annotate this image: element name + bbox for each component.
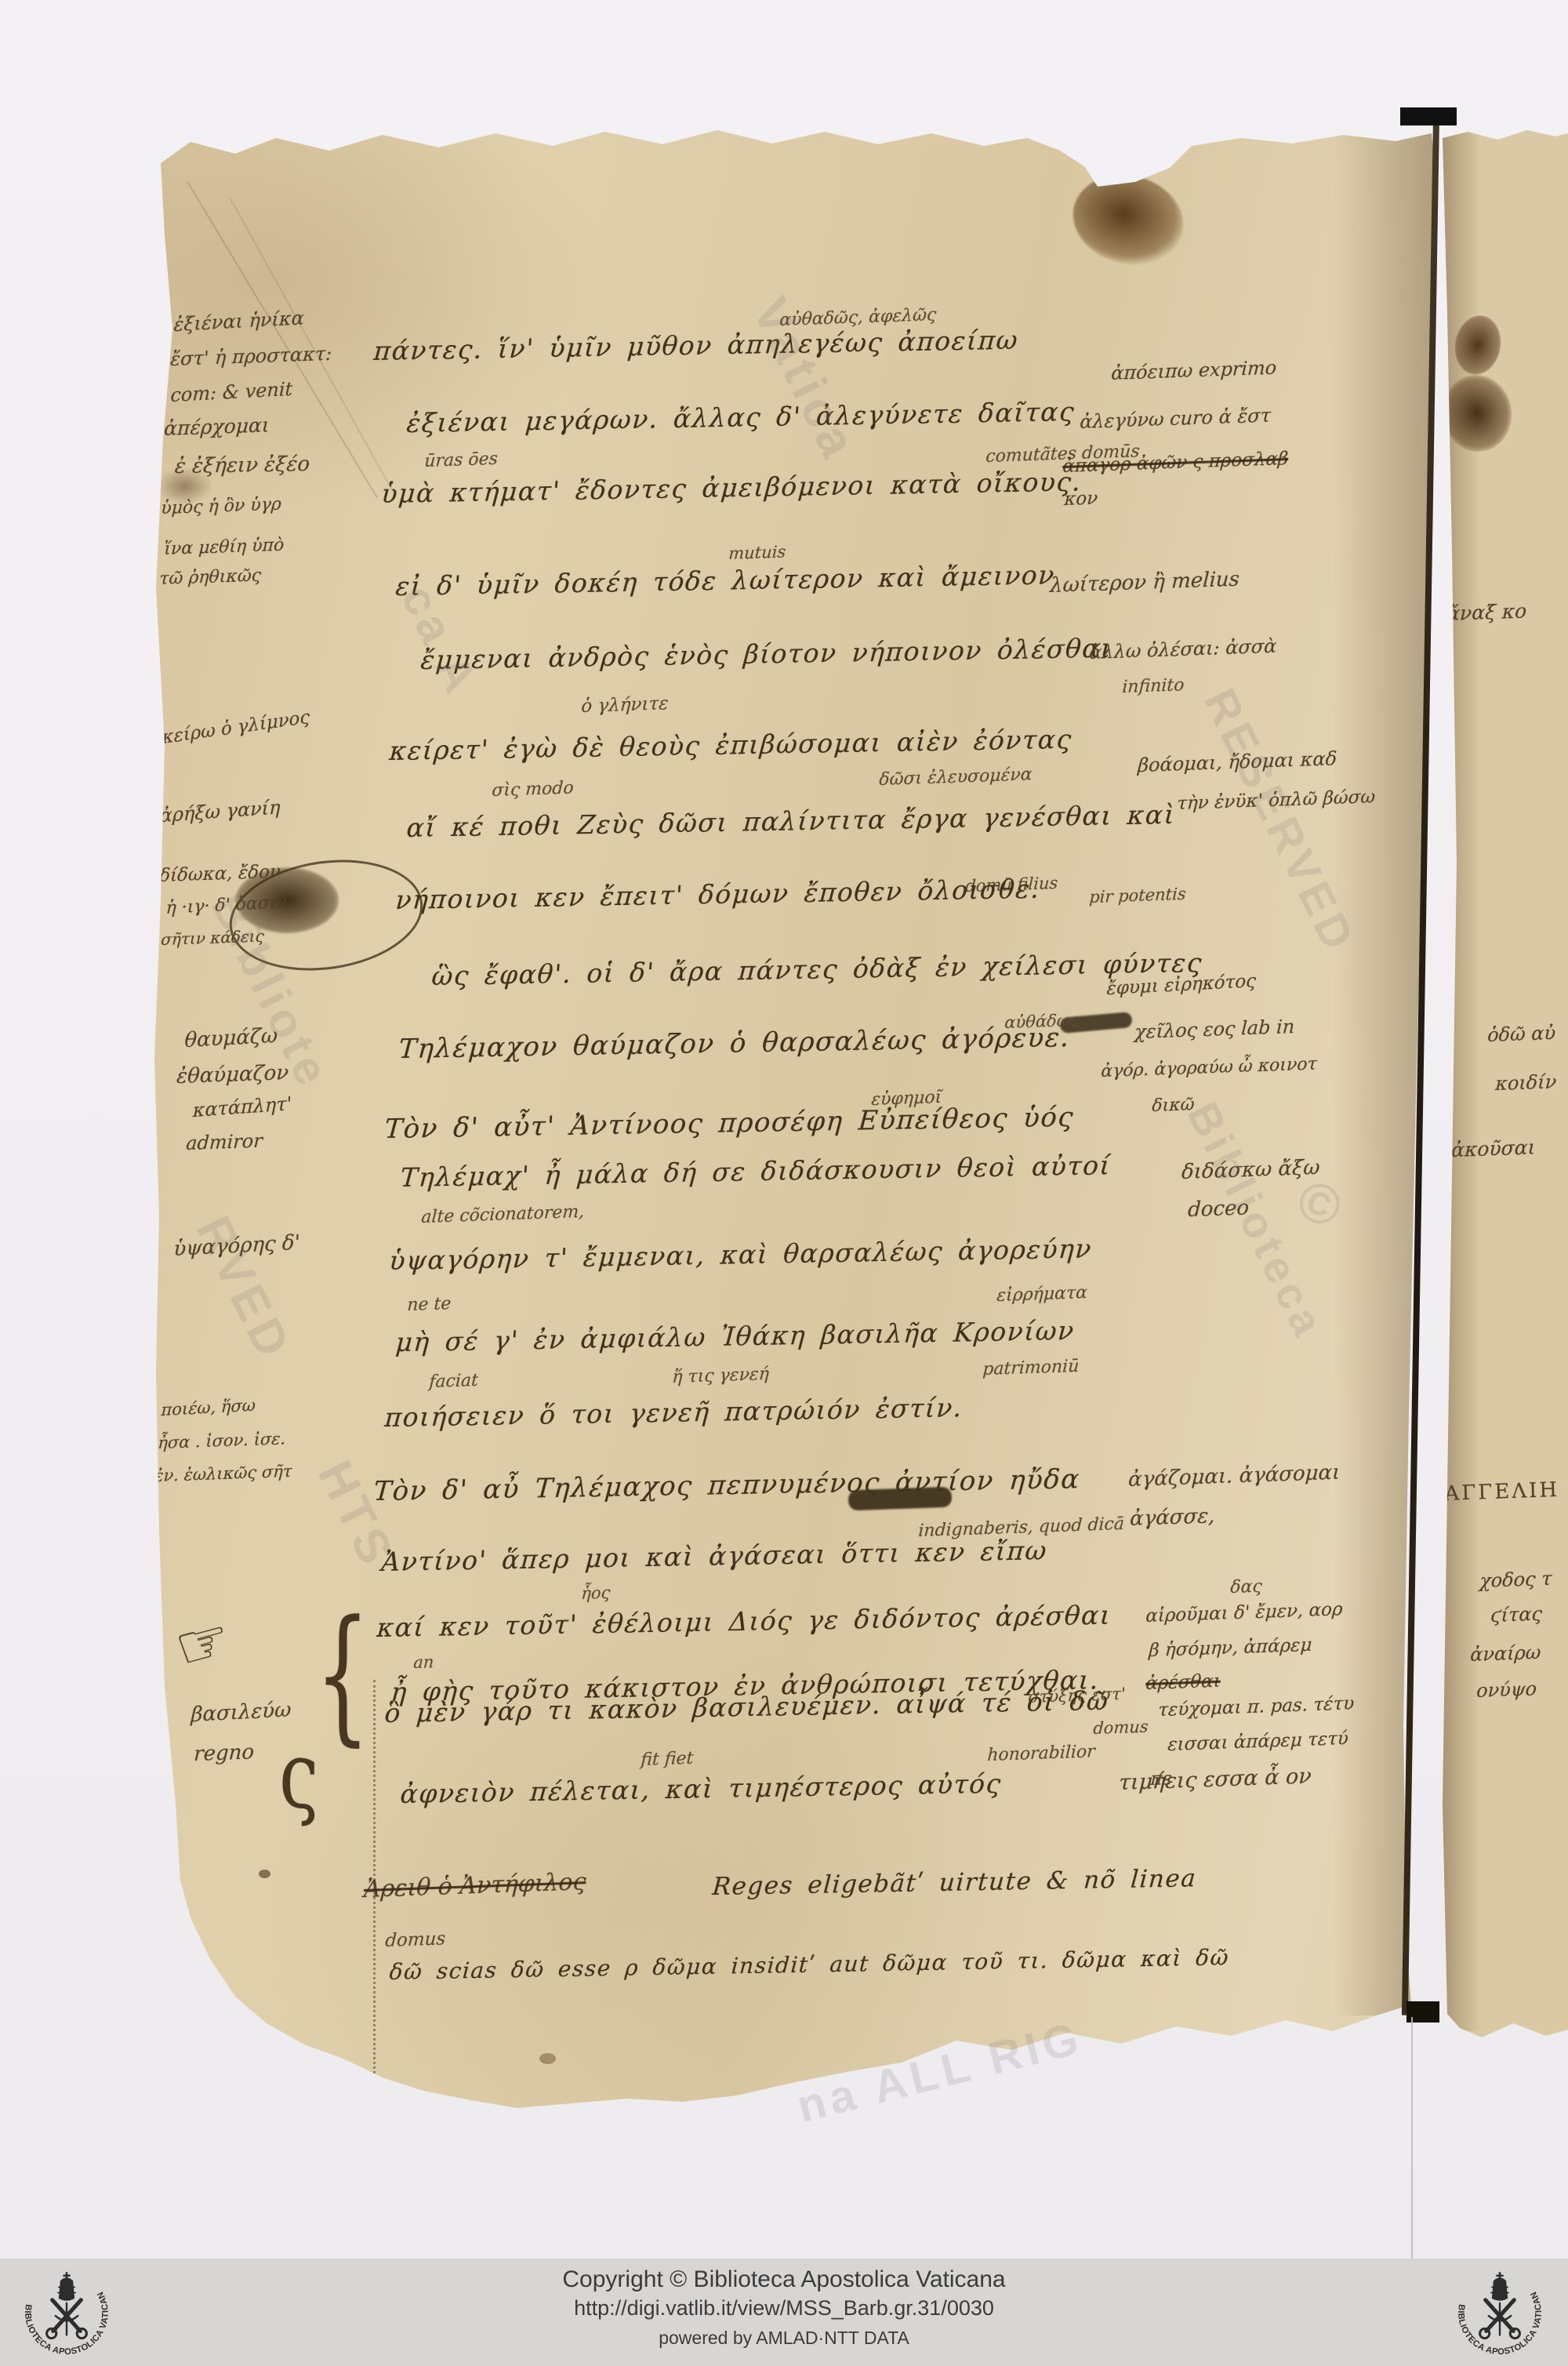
manuscript-line: εἰ δ' ὑμῖν δοκέη τόδε λωίτερον καὶ ἄμειν… — [394, 559, 1056, 601]
marginal-gloss: ὁ γλήνιτε — [581, 693, 670, 717]
marginal-gloss: σὶς modo — [492, 778, 575, 801]
tiara-and-keys-icon — [47, 2273, 87, 2338]
svg-text:BIBLIOTECA APOSTOLICA VATICANA: BIBLIOTECA APOSTOLICA VATICANA — [1452, 2263, 1544, 2357]
footer-powered-by: powered by AMLAD·NTT DATA — [0, 2328, 1568, 2349]
marginal-gloss: ϛίτας — [1490, 1603, 1543, 1626]
tiara-and-keys-icon — [1480, 2273, 1520, 2338]
manuscript-line: μὴ σέ γ' ἐν ἀμφιάλω Ἰθάκη βασιλῆα Κρονίω… — [394, 1315, 1076, 1357]
footer-url: http://digi.vatlib.it/view/MSS_Barb.gr.3… — [0, 2296, 1568, 2321]
marginal-gloss: κοιδίν — [1495, 1070, 1557, 1095]
marginal-gloss: ἄναξ κο — [1446, 599, 1527, 625]
marginal-gloss: ne te — [407, 1294, 452, 1315]
marginal-gloss: ἐ ἐξήειν ἐξέο — [174, 452, 310, 478]
marginal-gloss: κατάπλητ' — [193, 1092, 292, 1121]
marginal-gloss: ἥ τις γενεή — [672, 1365, 770, 1387]
marginal-gloss: λωίτερον ἢ melius — [1049, 568, 1240, 598]
marginal-gloss: ūras ōes — [424, 449, 499, 471]
ink-stain — [1064, 163, 1193, 275]
marginal-gloss: ἐξιέναι ἡνίκα — [173, 307, 304, 336]
marginal-gloss: Ἀρειθ ὁ Ἀντήφιλος — [363, 1868, 586, 1903]
marginal-gloss: ἀρέσθαι — [1145, 1671, 1221, 1694]
marginal-gloss: domus — [385, 1928, 446, 1951]
marginal-gloss: δας — [1230, 1577, 1263, 1597]
manuscript-line: Τηλέμαχον θαύμαζον ὁ θαρσαλέως ἀγόρευε. — [397, 1022, 1071, 1065]
marginal-gloss: ἀρήξω γανίη — [160, 796, 281, 827]
marginal-gloss: ἀκοῦσαι — [1450, 1136, 1536, 1161]
marginal-gloss: τιμήεις εσσα ἆ ον — [1118, 1764, 1312, 1795]
marginal-gloss: ἐν. ἑωλικῶς σῆτ — [154, 1462, 292, 1485]
marginal-gloss: ἵνα μεθίη ὑπὸ — [164, 536, 285, 559]
margin-brace: { — [315, 1589, 370, 1760]
marginal-gloss: ἦσα . ἰσον. ἰσε. — [158, 1429, 286, 1452]
marginal-gloss: faciat — [429, 1371, 479, 1392]
marginal-gloss: ἀπόειπω exprimo — [1111, 357, 1277, 384]
marginal-gloss: mutuis — [728, 542, 786, 563]
margin-brace: ς — [279, 1722, 318, 1830]
footer-bar: Copyright © Biblioteca Apostolica Vatica… — [0, 2259, 1568, 2366]
marginal-gloss: com: & venit — [170, 378, 293, 406]
marginal-gloss: δῶσι ἐλευσομένα — [879, 765, 1033, 790]
marginal-gloss: ἔστ' ἡ προστακτ: — [170, 343, 332, 370]
svg-text:BIBLIOTECA APOSTOLICA VATICANA: BIBLIOTECA APOSTOLICA VATICANA — [19, 2263, 111, 2357]
marginal-gloss: ΑΓΓΕΛΙΗ — [1444, 1478, 1560, 1506]
manuscript-line: ἀφνειὸν πέλεται, καὶ τιμηέστερος αὐτός — [399, 1768, 1003, 1809]
marginal-gloss: regno — [193, 1740, 254, 1766]
marginal-gloss: ὁδῶ αὐ — [1487, 1022, 1556, 1046]
scan-viewport: ἐξιέναι ἡνίκαἔστ' ἡ προστακτ:com: & veni… — [0, 0, 1568, 2366]
vatican-library-seal-left: BIBLIOTECA APOSTOLICA VATICANA — [19, 2263, 114, 2359]
marginal-gloss: ονύψο — [1476, 1677, 1537, 1702]
marginal-gloss: χοδος τ — [1479, 1568, 1553, 1592]
vatican-library-seal-right: BIBLIOTECA APOSTOLICA VATICANA — [1452, 2263, 1548, 2359]
marginal-gloss: ποιέω, ἥσω — [161, 1396, 256, 1419]
marginal-gloss: τεύχομαι π. pas. τέτυ — [1158, 1693, 1355, 1721]
manuscript-line: ἔμμεναι ἀνδρὸς ἑνὸς βίοτον νήποινον ὀλέσ… — [419, 633, 1113, 675]
marginal-gloss: εἰρρήματα — [996, 1283, 1088, 1306]
marginal-gloss: τῶ ῥηθικῶς — [159, 565, 262, 589]
marginal-gloss: χεῖλος εος lab in — [1134, 1016, 1295, 1043]
manuscript-line: νήποινοι κεν ἔπειτ' δόμων ἔποθεν ὄλοισθε… — [394, 874, 1041, 915]
manuscript-line: Τηλέμαχ' ἦ μάλα δή σε διδάσκουσιν θεοὶ α… — [399, 1150, 1112, 1193]
marginal-gloss: domus — [1093, 1717, 1149, 1739]
fold-crease — [187, 181, 378, 498]
marginal-gloss: ἀπέρχομαι — [163, 413, 270, 440]
marginal-gloss: δίδωκα, ἔδον — [159, 862, 281, 886]
marginal-gloss: ὑμὸς ἡ ὂν ὑγρ — [161, 495, 282, 518]
marginal-gloss: admiror — [186, 1130, 263, 1154]
marginal-gloss: κείρω ὁ γλίμνος — [162, 707, 310, 749]
marginal-gloss: honorabilior — [987, 1742, 1096, 1765]
marginal-gloss: pir potentis — [1089, 885, 1186, 907]
manuscript-line: κείρετ' ἐγὼ δὲ θεοὺς ἐπιβώσομαι αἰὲν ἐόν… — [388, 724, 1073, 766]
manuscript-line: πάντες. ἵν' ὑμῖν μῦθον ἀπηλεγέως ἀποείπω — [372, 325, 1019, 366]
scan-seam-line — [1411, 2017, 1413, 2260]
marginal-gloss: ἐθαύμαζον — [176, 1061, 289, 1089]
marginal-gloss: patrimoniū — [982, 1357, 1080, 1379]
marginal-gloss: αἱροῦμαι δ' ἔμεν, αορ — [1145, 1599, 1344, 1626]
manuscript-line: ὣς ἔφαθ'. οἱ δ' ἄρα πάντες ὀδὰξ ἐν χείλε… — [430, 947, 1203, 991]
marginal-gloss: infinito — [1122, 675, 1185, 697]
marginal-gloss: ἧος — [581, 1583, 611, 1603]
marginal-gloss: alte cõcionatorem, — [421, 1202, 585, 1227]
manuscript-line: καί κεν τοῦτ' ἐθέλοιμι Διός γε διδόντος … — [376, 1600, 1112, 1643]
manicule-drawing: ☞ — [168, 1603, 239, 1685]
marginal-gloss: ἀλεγύνω curo ἀ ἔστ — [1080, 404, 1272, 433]
spot — [259, 1870, 270, 1878]
manuscript-line: Τὸν δ' αὖ Τηλέμαχος πεπνυμένος ἀντίον ηὔ… — [372, 1463, 1081, 1507]
marginal-gloss: βασιλεύω — [191, 1698, 292, 1727]
binding-tab — [1400, 107, 1457, 125]
footer-copyright: Copyright © Biblioteca Apostolica Vatica… — [0, 2266, 1568, 2293]
manuscript-line: ὑψαγόρην τ' ἔμμεναι, καὶ θαρσαλέως ἀγορε… — [388, 1233, 1093, 1276]
manuscript-line: Ἀντίνο' ἅπερ μοι καὶ ἀγάσεαι ὅττι κεν εἴ… — [380, 1535, 1048, 1577]
marginal-gloss: ἀγόρ. ἀγοραύω ὦ κοινοτ — [1101, 1054, 1318, 1081]
spot — [539, 2053, 556, 2064]
marginal-gloss: ἀγάσσε, — [1129, 1504, 1215, 1531]
manuscript-line: ἐξιέναι μεγάρων. ἄλλας δ' ἀλεγύνετε δαῖτ… — [405, 396, 1076, 438]
manuscript-line: αἴ κέ ποθι Ζεὺς δῶσι παλίντιτα ἔργα γενέ… — [405, 799, 1176, 843]
manuscript-line: δῶ scias δῶ esse ρ δῶμα insiditʹ aut δῶμ… — [389, 1944, 1230, 1985]
marginal-gloss: ἀγάζομαι. ἀγάσομαι — [1127, 1461, 1341, 1492]
manuscript-line: ὑμὰ κτήματ' ἔδοντες ἀμειβόμενοι κατὰ οἴκ… — [380, 466, 1083, 509]
manuscript-line: Τὸν δ' αὖτ' Ἀντίνοος προσέφη Εὐπείθεος ὑ… — [383, 1102, 1075, 1145]
marginal-gloss: ἀναίρω — [1470, 1641, 1542, 1666]
marginal-gloss: β ἡσόμην, ἀπάρεμ — [1149, 1635, 1313, 1661]
marginal-gloss: ἄλλω ὀλέσαι: ἀσσὰ — [1089, 635, 1278, 663]
marginal-gloss: εισσαι ἀπάρεμ τετύ — [1167, 1728, 1349, 1755]
marginal-gloss: fit fiet — [641, 1749, 694, 1770]
manuscript-line: ποιήσειεν ὅ τοι γενεῆ πατρώιόν ἐστίν. — [383, 1392, 964, 1433]
marginal-gloss: an — [413, 1652, 434, 1672]
manuscript-line: Reges eligebãtʹ uirtute & nõ linea — [711, 1864, 1197, 1901]
